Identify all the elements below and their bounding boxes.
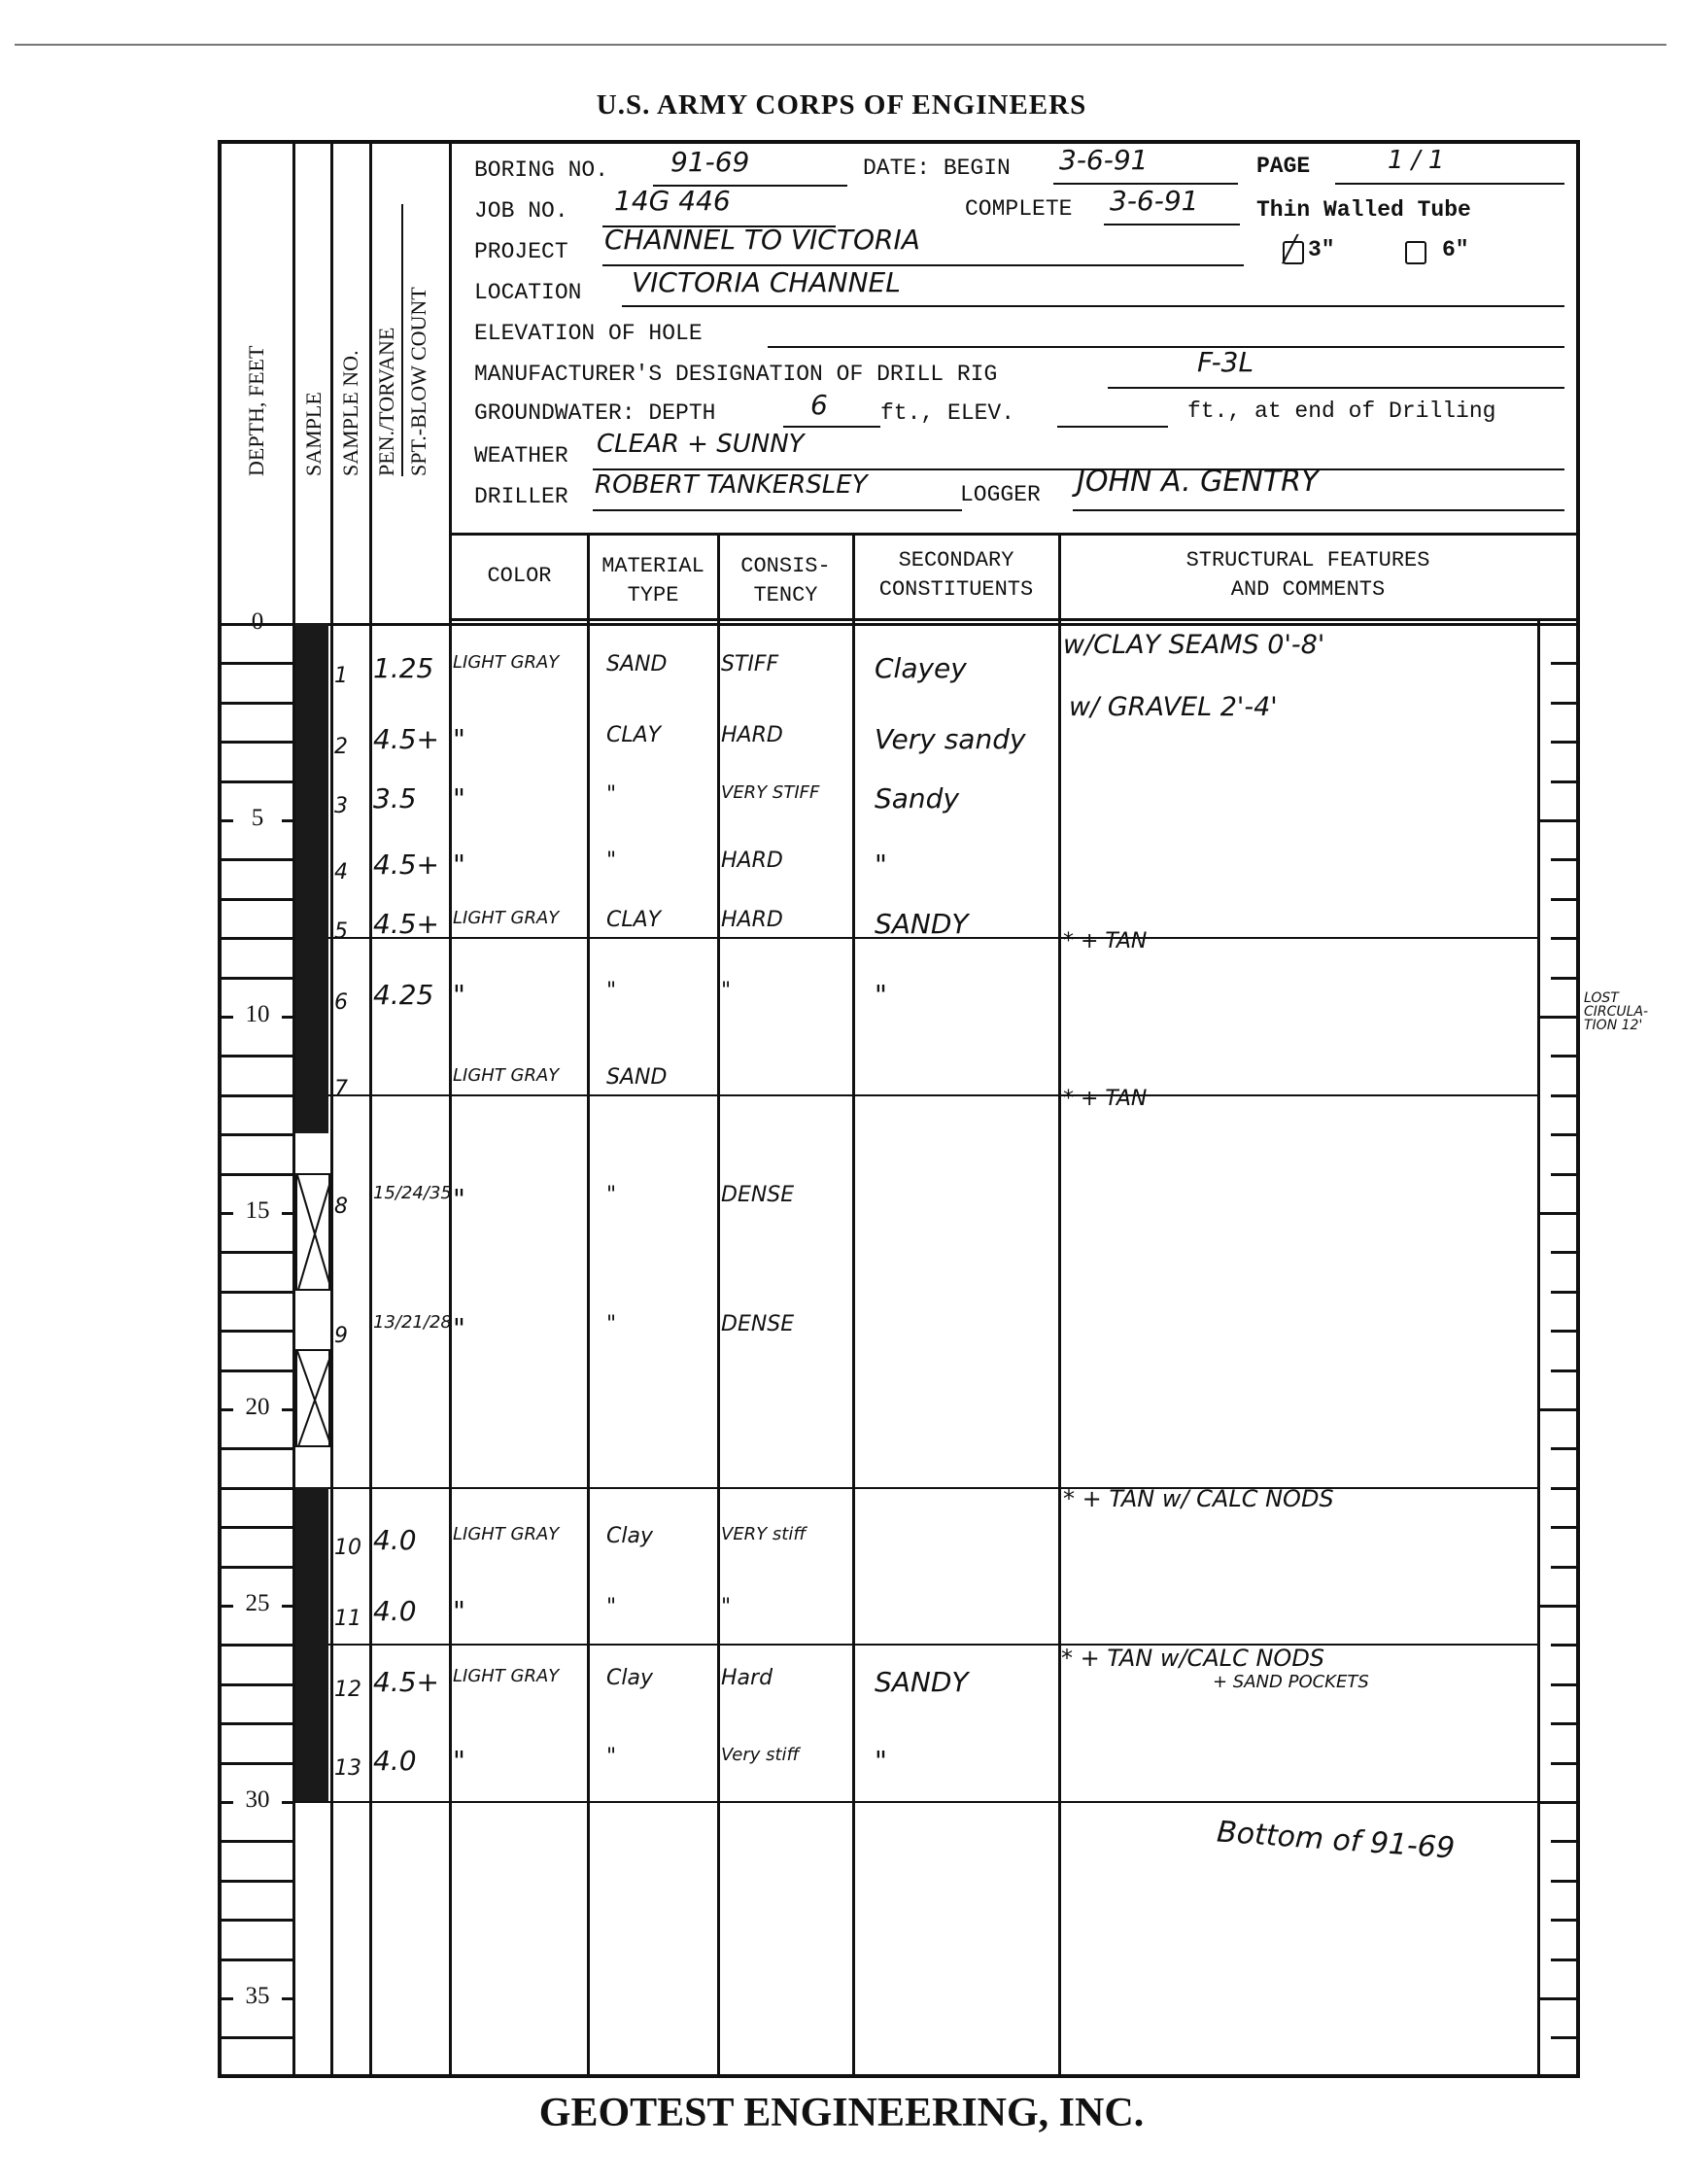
col-header-structural: STRUCTURAL FEATURESAND COMMENTS (1060, 546, 1556, 605)
drill-rig-label: MANUFACTURER'S DESIGNATION OF DRILL RIG (474, 362, 997, 387)
sample-number: 9 (334, 1324, 348, 1348)
material-value: Clay (606, 1666, 653, 1690)
depth-tick (220, 1880, 292, 1883)
depth-tick (220, 937, 292, 940)
depth-tick (220, 1330, 292, 1333)
secondary-value: SANDY (875, 1666, 969, 1698)
agency-title: U.S. ARMY CORPS OF ENGINEERS (0, 89, 1683, 121)
consistency-value: HARD (721, 723, 783, 747)
groundwater-depth-underline (783, 426, 880, 428)
pen-torvane-header: PEN./TORVANE (374, 328, 399, 476)
pen-value: 1.25 (373, 652, 433, 684)
date-begin-field[interactable]: 3-6-91 (1059, 144, 1148, 176)
secondary-value: " (875, 979, 887, 1011)
right-scale-tick (1551, 1330, 1580, 1333)
material-value: " (606, 782, 616, 807)
right-scale-tick (1551, 702, 1580, 705)
right-scale-tick (1551, 1722, 1580, 1725)
depth-zero-line (220, 623, 1578, 626)
sample-number: 7 (334, 1077, 348, 1101)
pen-spt-divider (401, 204, 403, 476)
sample-header: SAMPLE (301, 392, 326, 476)
right-scale-tick (1551, 1959, 1580, 1961)
right-scale-tick (1551, 1683, 1580, 1686)
location-label: LOCATION (474, 280, 581, 305)
pen-value: 4.0 (373, 1595, 417, 1627)
material-value: " (606, 1312, 616, 1336)
right-scale-tick (1551, 1880, 1580, 1883)
depth-tick (220, 1722, 292, 1725)
sample-number: 11 (334, 1607, 361, 1631)
depth-tick (220, 662, 292, 665)
comment-tan-1: * + TAN (1063, 929, 1147, 953)
right-scale-tick (1551, 1644, 1580, 1647)
consistency-value: " (721, 979, 731, 1003)
pen-value: 3.5 (373, 782, 417, 815)
sample-number: 12 (334, 1678, 361, 1702)
right-scale-tick (1551, 1094, 1580, 1097)
tube-6in-checkbox[interactable] (1405, 241, 1426, 264)
depth-tick (220, 1644, 292, 1647)
pen-value: 4.5+ (373, 849, 439, 881)
pen-value: 4.0 (373, 1745, 417, 1777)
project-field[interactable]: CHANNEL TO VICTORIA (604, 224, 920, 256)
pen-value: 15/24/35 (373, 1183, 452, 1203)
depth-tick (220, 1683, 292, 1686)
depth-tick (220, 1447, 292, 1450)
depth-label: 25 (233, 1590, 282, 1617)
groundwater-end-label: ft., at end of Drilling (1187, 399, 1495, 424)
page-label: PAGE (1256, 154, 1310, 179)
right-scale-tick (1551, 1291, 1580, 1294)
lost-circulation-note: LOST CIRCULA- TION 12' (1584, 991, 1681, 1032)
boring-no-field[interactable]: 91-69 (670, 146, 749, 178)
depth-label: 15 (233, 1197, 282, 1225)
right-scale-tick (1539, 1801, 1580, 1804)
col-header-consistency-line2: TENCY (719, 581, 852, 610)
right-scale-tick (1539, 1605, 1580, 1608)
depth-tick (220, 1487, 292, 1490)
job-no-field[interactable]: 14G 446 (614, 185, 731, 217)
right-scale-tick (1551, 2036, 1580, 2039)
sample-number: 2 (334, 735, 348, 759)
depth-tick (220, 1526, 292, 1529)
col-header-secondary-line2: CONSTITUENTS (854, 575, 1058, 605)
sample-number: 8 (334, 1195, 348, 1219)
divider-material-consistency (717, 533, 720, 2078)
logger-underline (1073, 509, 1564, 511)
depth-tick (220, 977, 292, 980)
depth-tick (220, 1094, 292, 1097)
right-scale-tick (1551, 1526, 1580, 1529)
date-complete-field[interactable]: 3-6-91 (1110, 185, 1198, 217)
weather-field[interactable]: CLEAR + SUNNY (597, 430, 805, 459)
secondary-value: Very sandy (875, 723, 1026, 755)
color-value: LIGHT GRAY (453, 1065, 559, 1086)
job-no-label: JOB NO. (474, 198, 568, 224)
complete-underline (1104, 224, 1240, 225)
right-scale-tick (1551, 1487, 1580, 1490)
sample-number: 3 (334, 794, 348, 818)
consistency-value: Very stiff (721, 1745, 800, 1765)
secondary-value: Sandy (875, 782, 959, 815)
material-value: " (606, 1745, 616, 1769)
complete-label: COMPLETE (965, 196, 1072, 222)
color-value: " (453, 782, 465, 815)
section-divider-line (293, 1801, 1539, 1803)
right-scale-tick (1551, 1251, 1580, 1254)
depth-tick (220, 1369, 292, 1372)
pen-value: 4.5+ (373, 1666, 439, 1698)
scan-top-edge-line (15, 44, 1666, 46)
secondary-value: " (875, 1745, 887, 1777)
secondary-value: SANDY (875, 908, 969, 940)
elevation-label: ELEVATION OF HOLE (474, 321, 703, 346)
divider-secondary-comments (1058, 533, 1061, 2078)
depth-label: 35 (233, 1983, 282, 2010)
comment-clay-seams: w/CLAY SEAMS 0'-8' (1063, 630, 1324, 660)
right-scale-tick (1551, 780, 1580, 783)
tube-6in-label: 6" (1442, 237, 1469, 262)
sample-number: 1 (334, 664, 348, 688)
right-scale-tick (1551, 1447, 1580, 1450)
groundwater-depth-field[interactable]: 6 (810, 389, 828, 421)
depth-tick (220, 1251, 292, 1254)
color-value: " (453, 1183, 465, 1215)
right-scale-tick (1551, 1369, 1580, 1372)
location-underline (622, 305, 1564, 307)
color-value: LIGHT GRAY (453, 1666, 559, 1686)
depth-tick (220, 898, 292, 901)
sample-no-header: SAMPLE NO. (338, 350, 363, 476)
col-header-material-line2: TYPE (589, 581, 717, 610)
lost-circulation-line1: LOST (1584, 991, 1681, 1005)
depth-tick (220, 858, 292, 861)
pen-value: 4.0 (373, 1524, 417, 1556)
depth-tick (220, 2036, 292, 2039)
material-value: " (606, 979, 616, 1003)
header-bottom-line (449, 533, 1580, 536)
color-value: " (453, 723, 465, 755)
color-value: " (453, 1745, 465, 1777)
color-value: LIGHT GRAY (453, 908, 559, 928)
sample-tube-bar (295, 1487, 328, 1801)
lost-circulation-line2: CIRCULA- (1584, 1005, 1681, 1019)
depth-tick (220, 741, 292, 744)
pen-value: 4.25 (373, 979, 433, 1011)
driller-underline (593, 509, 962, 511)
sample-number: 4 (334, 860, 348, 884)
col-header-secondary-line1: SECONDARY (854, 546, 1058, 575)
drill-rig-underline (1108, 387, 1564, 389)
sample-number: 13 (334, 1756, 361, 1781)
material-value: " (606, 1183, 616, 1207)
col-header-consistency-line1: CONSIS- (719, 552, 852, 581)
right-scale-tick (1551, 898, 1580, 901)
lost-circulation-line3: TION 12' (1584, 1019, 1681, 1032)
depth-tick (220, 1919, 292, 1922)
material-value: Clay (606, 1524, 653, 1548)
date-begin-label: DATE: BEGIN (863, 156, 1011, 181)
elevation-underline (768, 346, 1564, 348)
right-scale-tick (1539, 1212, 1580, 1215)
location-field[interactable]: VICTORIA CHANNEL (632, 266, 901, 298)
col-header-structural-line1: STRUCTURAL FEATURES (1060, 546, 1556, 575)
split-spoon-sample-icon (295, 1173, 330, 1291)
secondary-value: Clayey (875, 652, 967, 684)
material-value: CLAY (606, 723, 661, 747)
material-value: SAND (606, 1065, 667, 1090)
pen-value: 4.5+ (373, 908, 439, 940)
depth-feet-header: DEPTH, FEET (244, 346, 269, 476)
divider-sample-sampleno (330, 142, 333, 2078)
consistency-value: DENSE (721, 1183, 794, 1207)
logger-label: LOGGER (960, 482, 1041, 507)
project-label: PROJECT (474, 239, 568, 264)
color-value: LIGHT GRAY (453, 1524, 559, 1544)
section-divider-line (293, 1644, 1539, 1646)
comment-tan-2: * + TAN (1063, 1087, 1147, 1111)
right-scale-tick (1539, 819, 1580, 822)
depth-tick (220, 1055, 292, 1057)
material-value: " (606, 849, 616, 873)
section-divider-line (293, 1487, 1539, 1489)
divider-pen-body (449, 142, 452, 2078)
consistency-value: HARD (721, 908, 783, 932)
material-value: SAND (606, 652, 667, 676)
col-header-consistency: CONSIS-TENCY (719, 552, 852, 610)
right-scale-tick (1551, 1133, 1580, 1136)
right-scale-tick (1539, 1016, 1580, 1019)
pen-value: 4.5+ (373, 723, 439, 755)
comment-tan-calc-nods: * + TAN w/ CALC NODS (1063, 1485, 1334, 1512)
comment-tan-calc-nods-2: * + TAN w/CALC NODS (1061, 1645, 1324, 1672)
split-spoon-sample-icon (295, 1349, 330, 1447)
col-header-structural-line2: AND COMMENTS (1060, 575, 1556, 605)
col-header-color: COLOR (452, 562, 587, 591)
comment-gravel: w/ GRAVEL 2'-4' (1069, 692, 1278, 722)
driller-label: DRILLER (474, 484, 568, 509)
depth-tick (220, 702, 292, 705)
divider-comments-rightscale (1537, 618, 1540, 2078)
depth-tick (220, 1762, 292, 1765)
pen-value: 13/21/28 (373, 1312, 452, 1333)
color-value: " (453, 979, 465, 1011)
consistency-value: VERY stiff (721, 1524, 806, 1544)
column-header-bottom-line (449, 618, 1580, 621)
groundwater-depth-label: GROUNDWATER: DEPTH (474, 400, 715, 426)
sample-number: 10 (334, 1536, 361, 1560)
page-number-field[interactable]: 1 / 1 (1388, 146, 1444, 175)
weather-label: WEATHER (474, 443, 568, 468)
consistency-value: DENSE (721, 1312, 794, 1336)
boring-no-label: BORING NO. (474, 157, 608, 183)
spt-blow-count-header: SPT.-BLOW COUNT (406, 287, 431, 476)
color-value: " (453, 1312, 465, 1344)
color-value: LIGHT GRAY (453, 652, 559, 673)
company-footer: GEOTEST ENGINEERING, INC. (0, 2090, 1683, 2136)
depth-label: 0 (233, 608, 282, 636)
right-scale-tick (1551, 1919, 1580, 1922)
depth-tick (220, 1291, 292, 1294)
sample-number: 6 (334, 990, 348, 1015)
col-header-material: MATERIALTYPE (589, 552, 717, 610)
tube-3in-label: 3" (1308, 237, 1335, 262)
right-scale-tick (1539, 1408, 1580, 1411)
section-divider-line (293, 1094, 1539, 1096)
sample-tube-bar (295, 623, 328, 1133)
material-value: CLAY (606, 908, 661, 932)
drill-rig-field[interactable]: F-3L (1197, 346, 1254, 378)
depth-tick (220, 1566, 292, 1569)
consistency-value: HARD (721, 849, 783, 873)
divider-consistency-secondary (852, 533, 855, 2078)
depth-tick (220, 1840, 292, 1843)
col-header-material-line1: MATERIAL (589, 552, 717, 581)
divider-sampleno-pen (369, 142, 372, 2078)
depth-tick (220, 1959, 292, 1961)
right-scale-tick (1551, 858, 1580, 861)
comment-sand-pockets: + SAND POCKETS (1213, 1672, 1369, 1692)
color-value: " (453, 1595, 465, 1627)
right-scale-tick (1551, 1055, 1580, 1057)
secondary-value: " (875, 849, 887, 881)
page-underline (1335, 183, 1564, 185)
depth-tick (220, 1133, 292, 1136)
depth-label: 30 (233, 1786, 282, 1814)
consistency-value: STIFF (721, 652, 778, 676)
col-header-secondary: SECONDARYCONSTITUENTS (854, 546, 1058, 605)
right-scale-tick (1551, 1173, 1580, 1176)
material-value: " (606, 1595, 616, 1619)
depth-label: 20 (233, 1394, 282, 1421)
right-scale-tick (1551, 1840, 1580, 1843)
right-scale-tick (1551, 1762, 1580, 1765)
right-scale-tick (1539, 1997, 1580, 2000)
tube-3in-checkbox[interactable]: ╱ (1283, 241, 1304, 264)
right-scale-tick (1551, 1566, 1580, 1569)
depth-tick (220, 780, 292, 783)
thin-walled-tube-label: Thin Walled Tube (1256, 197, 1471, 223)
right-scale-tick (1551, 741, 1580, 744)
groundwater-elev-underline (1057, 426, 1168, 428)
depth-label: 10 (233, 1001, 282, 1028)
consistency-value: " (721, 1595, 731, 1619)
color-value: " (453, 849, 465, 881)
depth-label: 5 (233, 805, 282, 832)
sample-number: 5 (334, 919, 348, 944)
groundwater-ft-elev-label: ft., ELEV. (880, 400, 1014, 426)
logger-field[interactable]: JOHN A. GENTRY (1077, 465, 1319, 499)
right-scale-tick (1551, 937, 1580, 940)
consistency-value: VERY STIFF (721, 782, 819, 803)
right-scale-tick (1551, 977, 1580, 980)
consistency-value: Hard (721, 1666, 773, 1690)
driller-field[interactable]: ROBERT TANKERSLEY (595, 470, 868, 500)
depth-tick (220, 1173, 292, 1176)
divider-color-material (587, 533, 590, 2078)
right-scale-tick (1551, 662, 1580, 665)
